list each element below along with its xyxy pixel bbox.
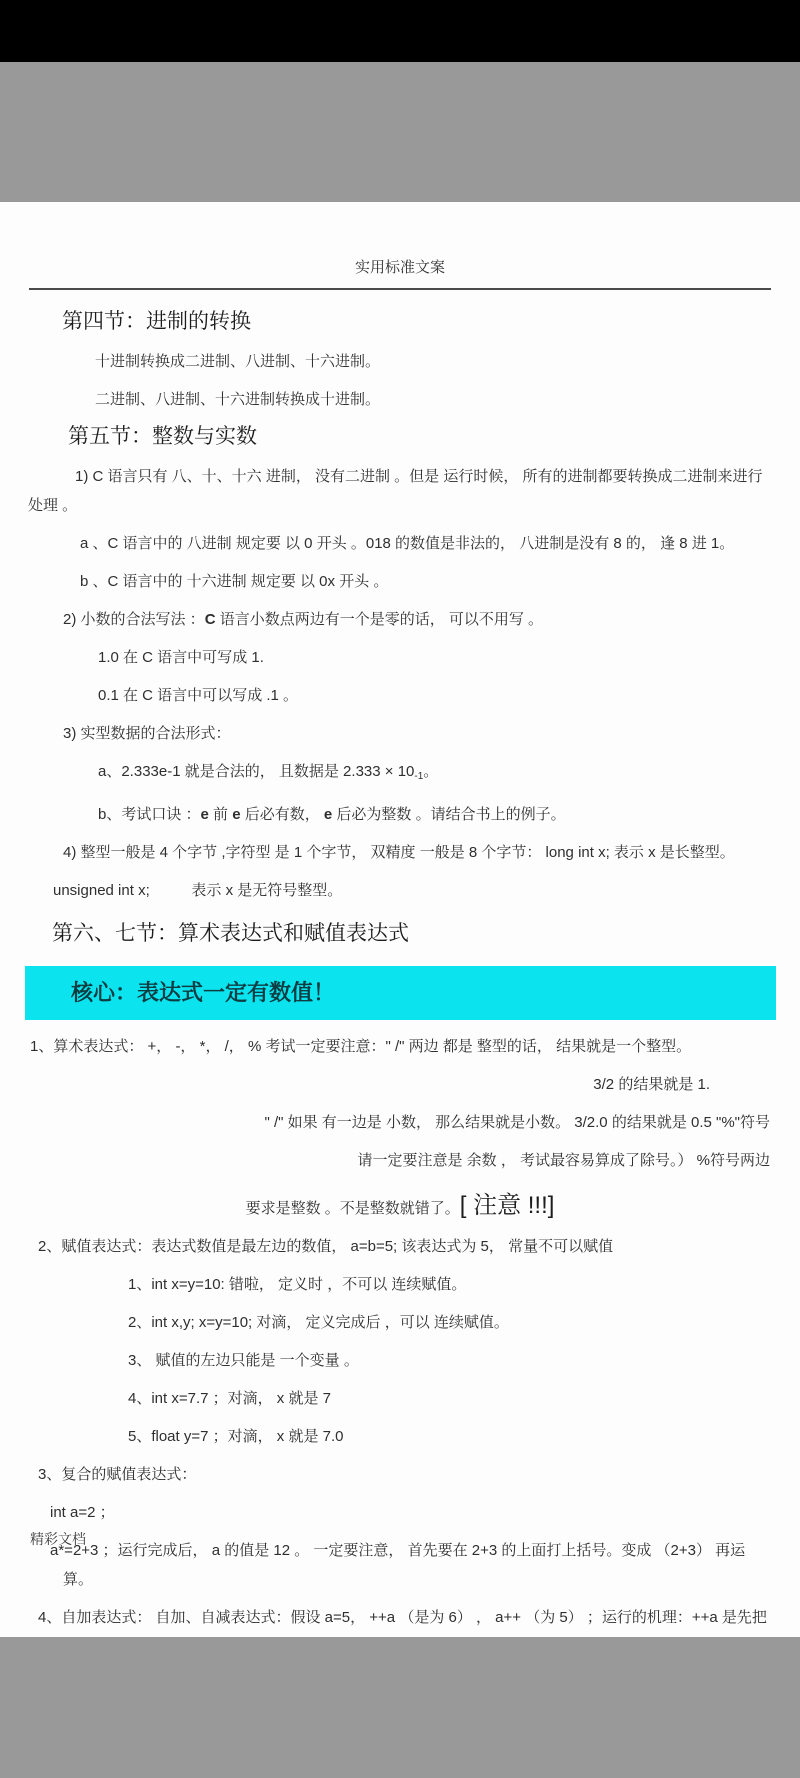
text-segment: e — [201, 806, 209, 823]
paragraph: 3) 实型数据的合法形式： — [63, 719, 772, 748]
text-segment: 前 — [209, 806, 232, 823]
text-segment: e — [232, 806, 240, 823]
section-heading: 第六、七节：算术表达式和赋值表达式 — [52, 917, 772, 950]
paragraph: 1) C 语言只有 八、十、十六 进制， 没有二进制 。但是 运行时候， 所有的… — [28, 462, 772, 520]
paragraph: 3、复合的赋值表达式： — [38, 1460, 772, 1489]
document-page[interactable]: 实用标准文案 第四节：进制的转换十进制转换成二进制、八进制、十六进制。二进制、八… — [0, 202, 800, 1637]
paragraph: 2) 小数的合法写法 ：C 语言小数点两边有一个是零的话， 可以不用写 。 — [63, 605, 772, 634]
text-segment: 语言小数点两边有一个是零的话， 可以不用写 。 — [216, 611, 544, 628]
emphasis-text: [ 注意 !!!] — [460, 1192, 555, 1219]
paragraph: 4、自加表达式： 自加、自减表达式：假设 a=5， ++a （是为 6） ， a… — [28, 1603, 772, 1637]
status-bar — [0, 0, 800, 62]
paragraph: 3、 赋值的左边只能是 一个变量 。 — [128, 1346, 772, 1375]
paragraph: b、考试口诀 ：e 前 e 后必有数， e 后必为整数 。请结合书上的例子。 — [98, 800, 772, 829]
paragraph: 要求是整数 。不是整数就错了。[ 注意 !!!] — [0, 1191, 800, 1223]
viewer-background-top — [0, 62, 800, 202]
document-body: 第四节：进制的转换十进制转换成二进制、八进制、十六进制。二进制、八进制、十六进制… — [0, 305, 800, 1637]
text-segment: 。 — [423, 763, 438, 780]
paragraph: 2、赋值表达式：表达式数值是最左边的数值， a=b=5; 该表达式为 5， 常量… — [38, 1232, 772, 1261]
header-divider — [29, 288, 771, 290]
page-header-text: 实用标准文案 — [0, 202, 800, 278]
section-heading: 第五节：整数与实数 — [68, 420, 772, 453]
paragraph: 请一定要注意是 余数 ， 考试最容易算成了除号。） %符号两边 — [0, 1146, 770, 1175]
text-segment: b、考试口诀 ： — [98, 806, 201, 823]
paragraph: int a=2 ； — [50, 1498, 772, 1527]
viewer-background-bottom — [0, 1637, 800, 1778]
paragraph: 1、int x=y=10: 错啦， 定义时 ，不可以 连续赋值。 — [128, 1270, 772, 1299]
paragraph: 0.1 在 C 语言中可以写成 .1 。 — [98, 681, 772, 710]
paragraph: 十进制转换成二进制、八进制、十六进制。 — [95, 347, 772, 376]
paragraph: a 、C 语言中的 八进制 规定要 以 0 开头 。018 的数值是非法的， 八… — [28, 529, 772, 558]
paragraph: a、2.333e-1 就是合法的， 且数据是 2.333 × 10-1。 — [98, 757, 772, 791]
text-segment: 要求是整数 。不是整数就错了。 — [246, 1200, 460, 1217]
text-segment: 2) 小数的合法写法 ： — [63, 611, 205, 628]
text-segment: -1 — [414, 771, 423, 782]
paragraph: 1.0 在 C 语言中可写成 1. — [98, 643, 772, 672]
page-footer-text: 精彩文档 — [30, 1529, 86, 1549]
text-segment: C — [205, 611, 216, 628]
paragraph: 2、int x,y; x=y=10; 对滴， 定义完成后 ，可以 连续赋值。 — [128, 1308, 772, 1337]
paragraph: a*=2+3 ；运行完成后， a 的值是 12 。 一定要注意， 首先要在 2+… — [63, 1536, 772, 1594]
paragraph: 4) 整型一般是 4 个字节 ,字符型 是 1 个字节， 双精度 一般是 8 个… — [95, 838, 772, 867]
document-viewer: 实用标准文案 第四节：进制的转换十进制转换成二进制、八进制、十六进制。二进制、八… — [0, 0, 800, 1778]
paragraph: 3/2 的结果就是 1. — [0, 1070, 710, 1099]
paragraph: 二进制、八进制、十六进制转换成十进制。 — [95, 385, 772, 414]
text-segment: e — [324, 806, 332, 823]
highlight-banner: 核心：表达式一定有数值！ — [25, 966, 776, 1020]
text-segment: a、2.333e-1 就是合法的， 且数据是 2.333 × 10 — [98, 763, 414, 780]
paragraph: " /" 如果 有一边是 小数， 那么结果就是小数。 3/2.0 的结果就是 0… — [0, 1108, 770, 1137]
paragraph: 4、int x=7.7 ；对滴， x 就是 7 — [128, 1384, 772, 1413]
paragraph: unsigned int x; 表示 x 是无符号整型。 — [53, 876, 772, 905]
section-heading: 第四节：进制的转换 — [62, 305, 772, 338]
paragraph: b 、C 语言中的 十六进制 规定要 以 0x 开头 。 — [80, 567, 772, 596]
text-segment: 后必有数， — [241, 806, 324, 823]
text-segment: 后必为整数 。请结合书上的例子。 — [332, 806, 565, 823]
paragraph: 5、float y=7 ；对滴， x 就是 7.0 — [128, 1422, 772, 1451]
paragraph: 1、算术表达式： +， -， *， /， % 考试一定要注意：" /" 两边 都… — [30, 1032, 772, 1061]
